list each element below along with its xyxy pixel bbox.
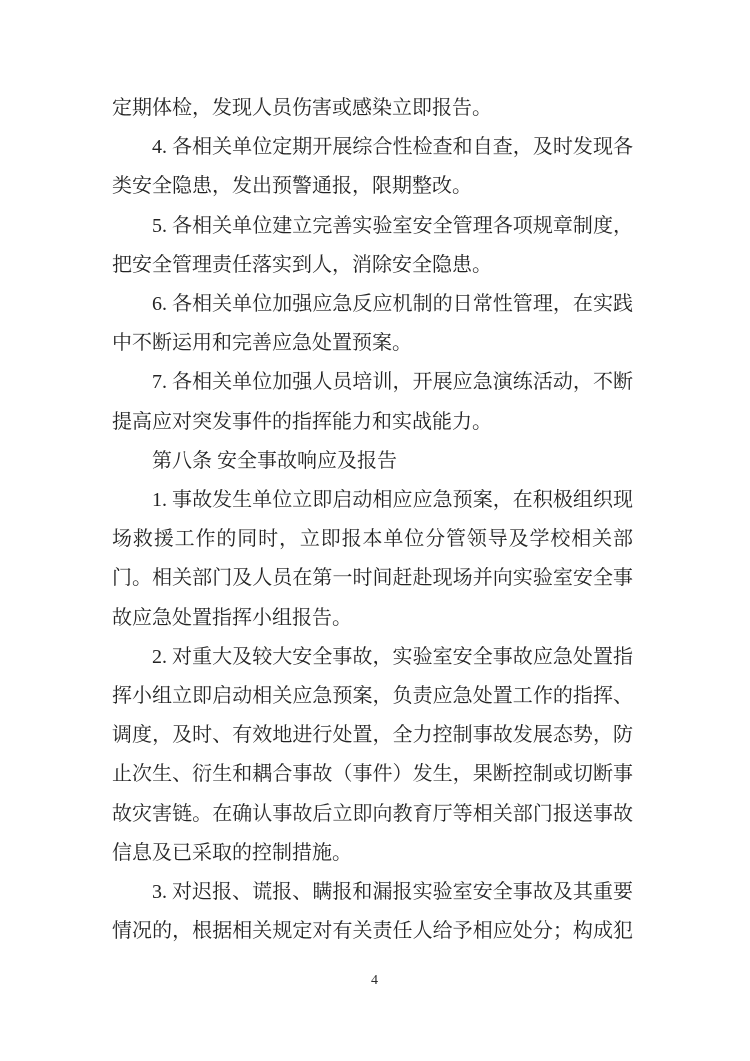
document-body: 定期体检，发现人员伤害或感染立即报告。4. 各相关单位定期开展综合性检查和自查，… [112,89,633,951]
page-footer: 4 [0,971,750,989]
section-heading: 第八条 安全事故响应及报告 [112,442,633,481]
document-page: 定期体检，发现人员伤害或感染立即报告。4. 各相关单位定期开展综合性检查和自查，… [0,0,750,1061]
text-line: 2. 对重大及较大安全事故，实验室安全事故应急处置指 [112,638,633,677]
text-line: 6. 各相关单位加强应急反应机制的日常性管理，在实践 [112,285,633,324]
text-line: 3. 对迟报、谎报、瞒报和漏报实验室安全事故及其重要 [112,873,633,912]
text-line: 故灾害链。在确认事故后立即向教育厅等相关部门报送事故 [112,795,633,834]
text-line: 7. 各相关单位加强人员培训，开展应急演练活动，不断 [112,363,633,402]
text-line: 定期体检，发现人员伤害或感染立即报告。 [112,89,633,128]
text-line: 止次生、衍生和耦合事故（事件）发生，果断控制或切断事 [112,755,633,794]
text-line: 把安全管理责任落实到人，消除安全隐患。 [112,246,633,285]
text-line: 中不断运用和完善应急处置预案。 [112,324,633,363]
text-line: 提高应对突发事件的指挥能力和实战能力。 [112,403,633,442]
text-line: 5. 各相关单位建立完善实验室安全管理各项规章制度， [112,207,633,246]
text-line: 4. 各相关单位定期开展综合性检查和自查，及时发现各 [112,128,633,167]
text-line: 故应急处置指挥小组报告。 [112,599,633,638]
text-line: 类安全隐患，发出预警通报，限期整改。 [112,167,633,206]
text-line: 挥小组立即启动相关应急预案，负责应急处置工作的指挥、 [112,677,633,716]
text-line: 情况的，根据相关规定对有关责任人给予相应处分；构成犯 [112,912,633,951]
text-line: 门。相关部门及人员在第一时间赶赴现场并向实验室安全事 [112,559,633,598]
page-number: 4 [371,973,379,988]
text-line: 信息及已采取的控制措施。 [112,834,633,873]
text-line: 场救援工作的同时，立即报本单位分管领导及学校相关部 [112,520,633,559]
text-line: 1. 事故发生单位立即启动相应应急预案，在积极组织现 [112,481,633,520]
text-line: 调度，及时、有效地进行处置，全力控制事故发展态势，防 [112,716,633,755]
